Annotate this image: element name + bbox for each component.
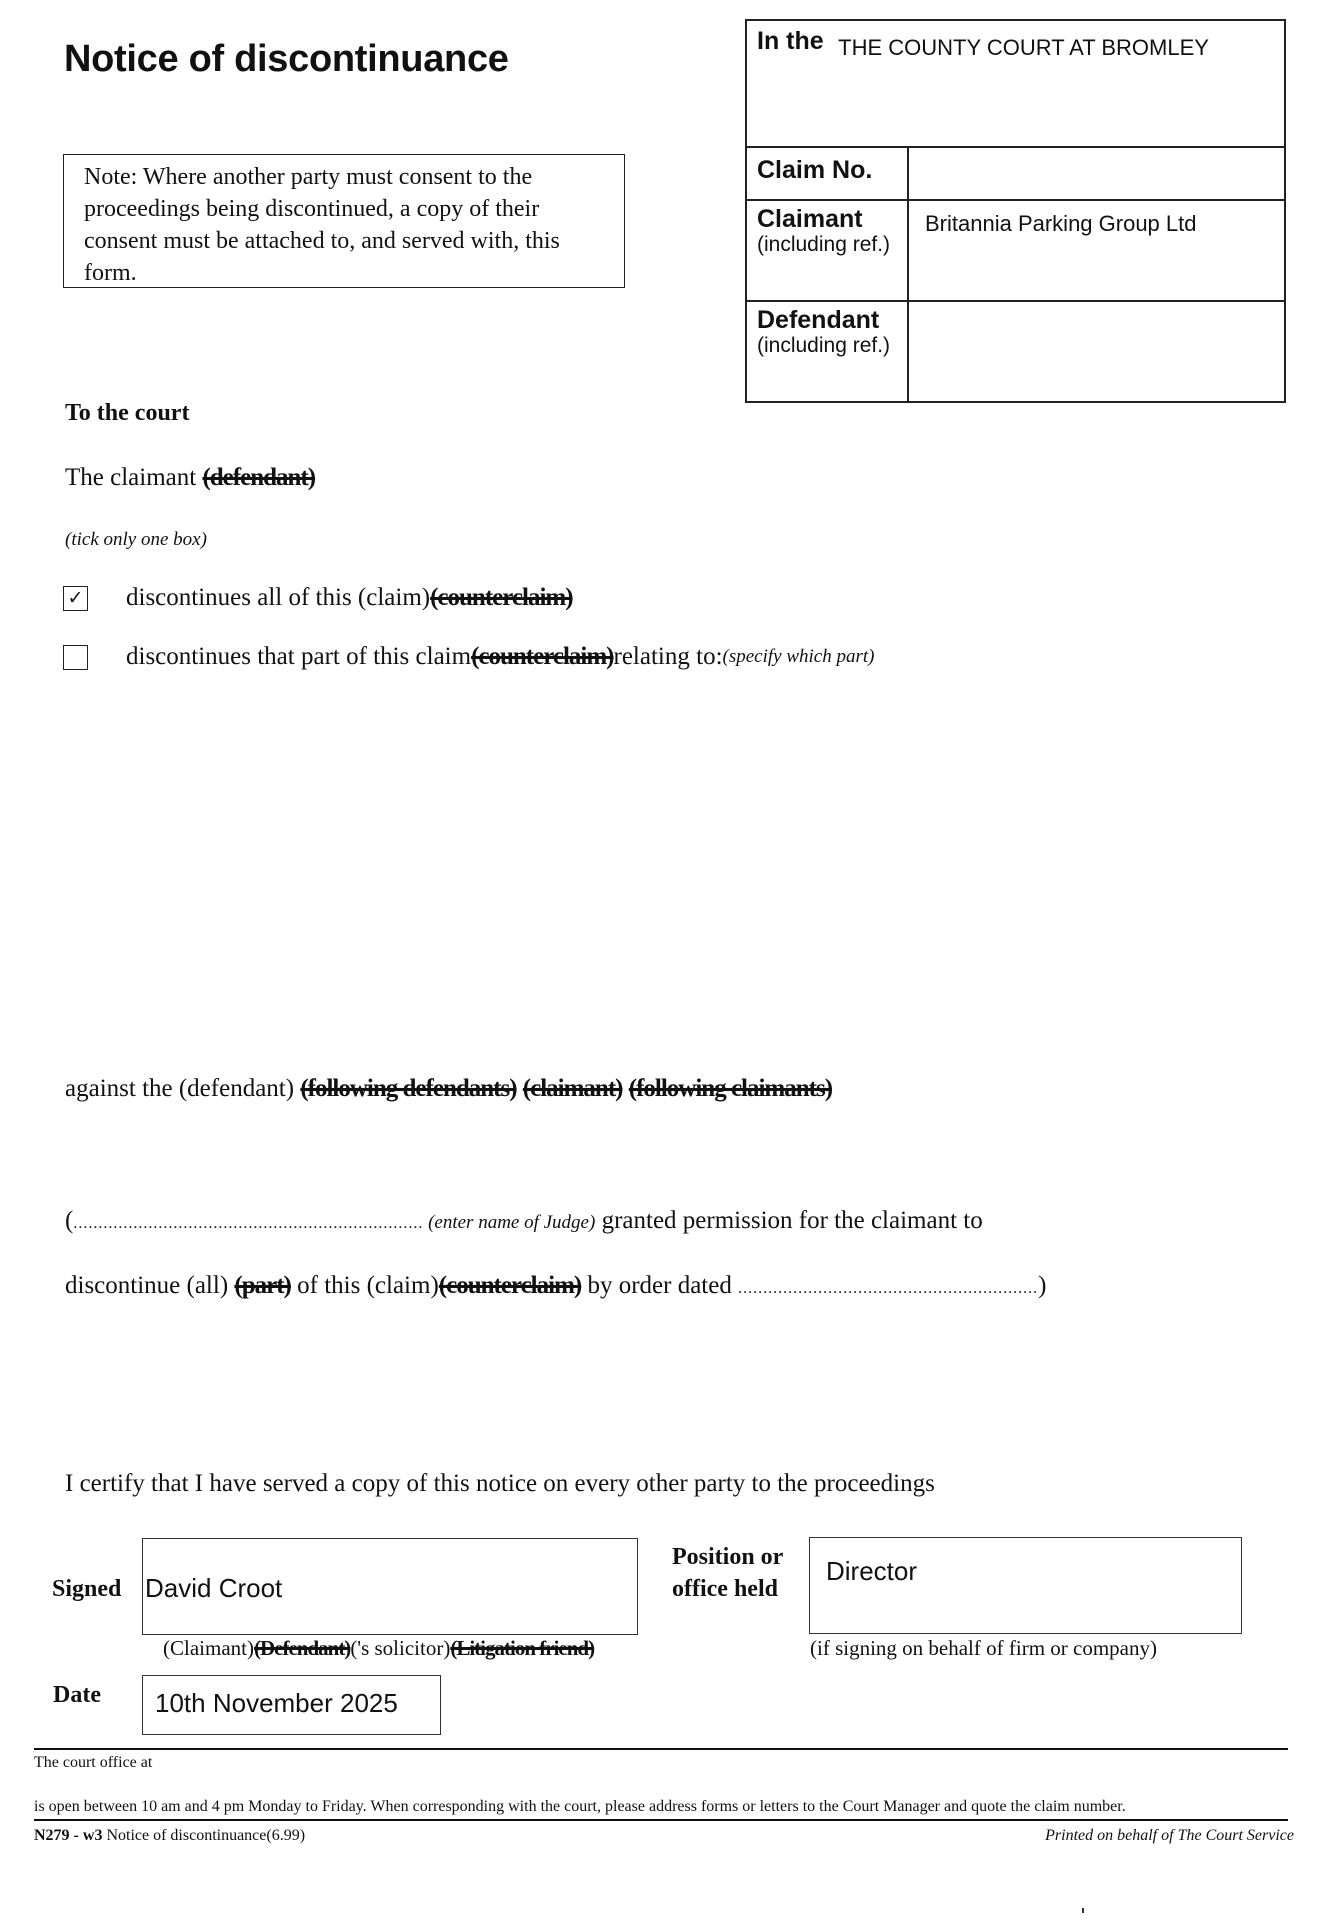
party-line: The claimant (defendant) [65, 464, 315, 492]
claimant-sublabel: (including ref.) [757, 233, 897, 257]
against-prefix: against the (defendant) [65, 1075, 300, 1102]
option-discontinue-all: ✓ discontinues all of this (claim) (coun… [63, 584, 573, 612]
by-order-dated-text: by order dated [581, 1272, 738, 1299]
struck-part: (part) [234, 1272, 290, 1299]
against-line: against the (defendant) (following defen… [65, 1075, 832, 1103]
checkbox-discontinue-all[interactable]: ✓ [63, 586, 88, 611]
claimant-row: Claimant (including ref.) Britannia Park… [747, 199, 1284, 300]
option-text: discontinues all of this (claim) [126, 584, 430, 612]
position-field[interactable]: Director [809, 1537, 1242, 1634]
struck-counterclaim: (counterclaim) [439, 1272, 581, 1299]
position-label-line-1: Position or [672, 1541, 783, 1573]
signed-label: Signed [52, 1573, 121, 1605]
option-text: discontinues that part of this claim [126, 643, 471, 671]
permission-text: granted permission for the claimant to [595, 1207, 982, 1234]
close-paren: ) [1038, 1272, 1046, 1299]
checkmark-icon: ✓ [68, 589, 84, 608]
judge-name-hint: (enter name of Judge) [423, 1212, 595, 1233]
discontinue-all-text: discontinue (all) [65, 1272, 234, 1299]
court-header-table: In the THE COUNTY COURT AT BROMLEY Claim… [745, 19, 1286, 403]
defendant-sublabel: (including ref.) [757, 334, 897, 358]
checkbox-discontinue-part[interactable] [63, 645, 88, 670]
claimant-label: Claimant [757, 205, 897, 233]
court-office-label: The court office at [34, 1754, 152, 1772]
in-the-label: In the [757, 27, 824, 55]
signed-field[interactable]: David Croot [142, 1538, 638, 1635]
judge-name-field[interactable]: ........................................… [73, 1215, 423, 1232]
defendant-row: Defendant (including ref.) [747, 300, 1284, 401]
page-title: Notice of discontinuance [64, 38, 509, 81]
certification-statement: I certify that I have served a copy of t… [65, 1470, 935, 1498]
struck-counterclaim: (counterclaim) [471, 643, 613, 671]
defendant-field[interactable] [909, 302, 1284, 401]
footer-divider [34, 1819, 1288, 1821]
footer-divider [34, 1748, 1288, 1750]
claim-no-label: Claim No. [757, 156, 897, 184]
court-office-hours: is open between 10 am and 4 pm Monday to… [34, 1798, 1126, 1816]
form-name: Notice of discontinuance(6.99) [102, 1827, 305, 1844]
form-identifier: N279 - w3 Notice of discontinuance(6.99) [34, 1827, 305, 1845]
defendant-label-cell: Defendant (including ref.) [747, 302, 909, 401]
struck-party: (defendant) [202, 464, 315, 491]
court-name-field[interactable]: THE COUNTY COURT AT BROMLEY [838, 35, 1209, 60]
struck-defendant: (Defendant) [254, 1636, 350, 1660]
defendant-label: Defendant [757, 306, 897, 334]
printed-by: Printed on behalf of The Court Service [1045, 1827, 1294, 1845]
struck-following-claimants: (following claimants) [629, 1075, 832, 1102]
judge-permission-line-1: (.......................................… [65, 1207, 983, 1235]
court-row: In the THE COUNTY COURT AT BROMLEY [747, 21, 1284, 146]
form-code: N279 - w3 [34, 1827, 102, 1844]
claim-no-label-cell: Claim No. [747, 148, 909, 199]
date-label: Date [53, 1679, 101, 1711]
position-label-line-2: office held [672, 1573, 783, 1605]
position-label: Position or office held [672, 1541, 783, 1605]
struck-counterclaim: (counterclaim) [430, 584, 572, 612]
struck-following-defendants: (following defendants) [300, 1075, 516, 1102]
option-discontinue-part: discontinues that part of this claim (co… [63, 643, 874, 671]
struck-claimant: (claimant) [523, 1075, 623, 1102]
specify-part-area[interactable] [65, 690, 1245, 1050]
claimant-label-cell: Claimant (including ref.) [747, 201, 909, 300]
party-prefix: The claimant [65, 464, 202, 491]
order-date-field[interactable]: ........................................… [738, 1280, 1038, 1297]
claimant-field[interactable]: Britannia Parking Group Ltd [909, 201, 1284, 300]
caption-claimant: (Claimant) [163, 1636, 254, 1660]
signed-caption: (Claimant)(Defendant)('s solicitor)(Liti… [163, 1636, 594, 1661]
judge-permission-line-2: discontinue (all) (part) of this (claim)… [65, 1272, 1046, 1300]
claim-no-row: Claim No. [747, 146, 1284, 199]
specify-part-hint: (specify which part) [723, 646, 875, 668]
position-caption: (if signing on behalf of firm or company… [810, 1636, 1157, 1661]
caption-solicitor: ('s solicitor) [350, 1636, 450, 1660]
claim-no-field[interactable] [909, 148, 1284, 199]
struck-litigation-friend: (Litigation friend) [450, 1636, 594, 1660]
scan-speck [1082, 1908, 1084, 1913]
date-field[interactable]: 10th November 2025 [142, 1675, 441, 1735]
section-heading: To the court [65, 400, 189, 427]
of-this-claim-text: of this (claim) [291, 1272, 439, 1299]
option-suffix: relating to: [614, 643, 723, 671]
consent-note: Note: Where another party must consent t… [63, 154, 625, 288]
tick-hint: (tick only one box) [65, 529, 207, 551]
